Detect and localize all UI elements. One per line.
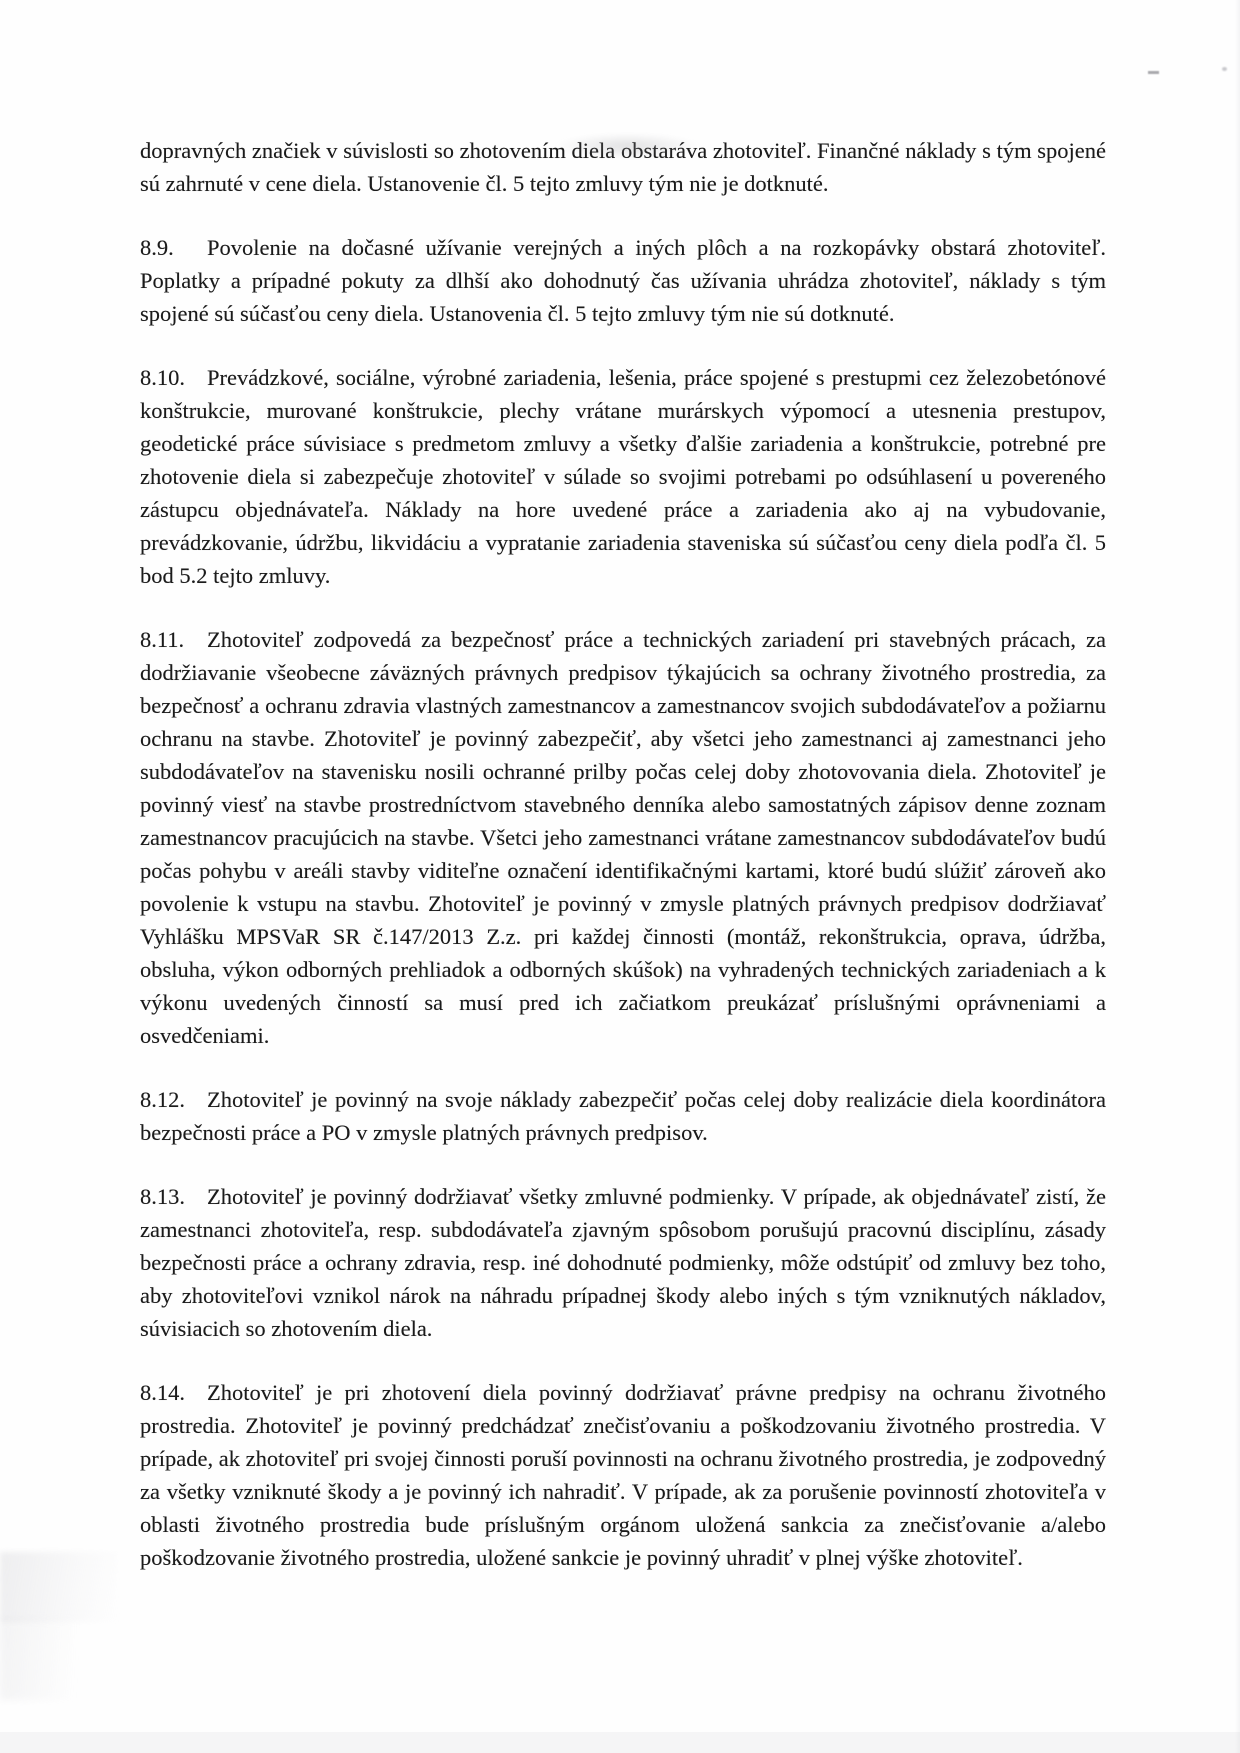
- clause-number: 8.14.: [140, 1376, 207, 1409]
- paragraph-8-12: 8.12.Zhotoviteľ je povinný na svoje nákl…: [140, 1083, 1106, 1149]
- scan-artifact-left-smudge: [0, 1620, 75, 1700]
- clause-text: Povolenie na dočasné užívanie verejných …: [140, 235, 1106, 326]
- clause-number: 8.12.: [140, 1083, 207, 1116]
- paragraph-8-9: 8.9.Povolenie na dočasné užívanie verejn…: [140, 231, 1106, 330]
- clause-text: Zhotoviteľ je povinný dodržiavať všetky …: [140, 1184, 1106, 1341]
- document-text-block: dopravných značiek v súvislosti so zhoto…: [140, 134, 1106, 1605]
- paragraph-8-10: 8.10.Prevádzkové, sociálne, výrobné zari…: [140, 361, 1106, 592]
- paragraph-8-14: 8.14.Zhotoviteľ je pri zhotovení diela p…: [140, 1376, 1106, 1574]
- clause-number: 8.9.: [140, 231, 207, 264]
- paragraph-continuation: dopravných značiek v súvislosti so zhoto…: [140, 134, 1106, 200]
- clause-number: 8.10.: [140, 361, 207, 394]
- clause-text: Zhotoviteľ je povinný na svoje náklady z…: [140, 1087, 1106, 1145]
- clause-text: Zhotoviteľ zodpovedá za bezpečnosť práce…: [140, 627, 1106, 1048]
- paragraph-8-11: 8.11.Zhotoviteľ zodpovedá za bezpečnosť …: [140, 623, 1106, 1052]
- clause-text: dopravných značiek v súvislosti so zhoto…: [140, 138, 1106, 196]
- scanned-document-page: dopravných značiek v súvislosti so zhoto…: [0, 0, 1240, 1753]
- clause-number: 8.11.: [140, 623, 207, 656]
- scan-artifact-left-smudge: [0, 1552, 118, 1622]
- scan-artifact-dash: [1148, 71, 1159, 74]
- scan-artifact-bottom-band: [0, 1732, 1240, 1753]
- clause-text: Prevádzkové, sociálne, výrobné zariadeni…: [140, 365, 1106, 588]
- scan-artifact-right-edge: [1235, 0, 1240, 1753]
- clause-text: Zhotoviteľ je pri zhotovení diela povinn…: [140, 1380, 1106, 1570]
- scan-artifact-dot: [1222, 67, 1227, 71]
- clause-number: 8.13.: [140, 1180, 207, 1213]
- paragraph-8-13: 8.13.Zhotoviteľ je povinný dodržiavať vš…: [140, 1180, 1106, 1345]
